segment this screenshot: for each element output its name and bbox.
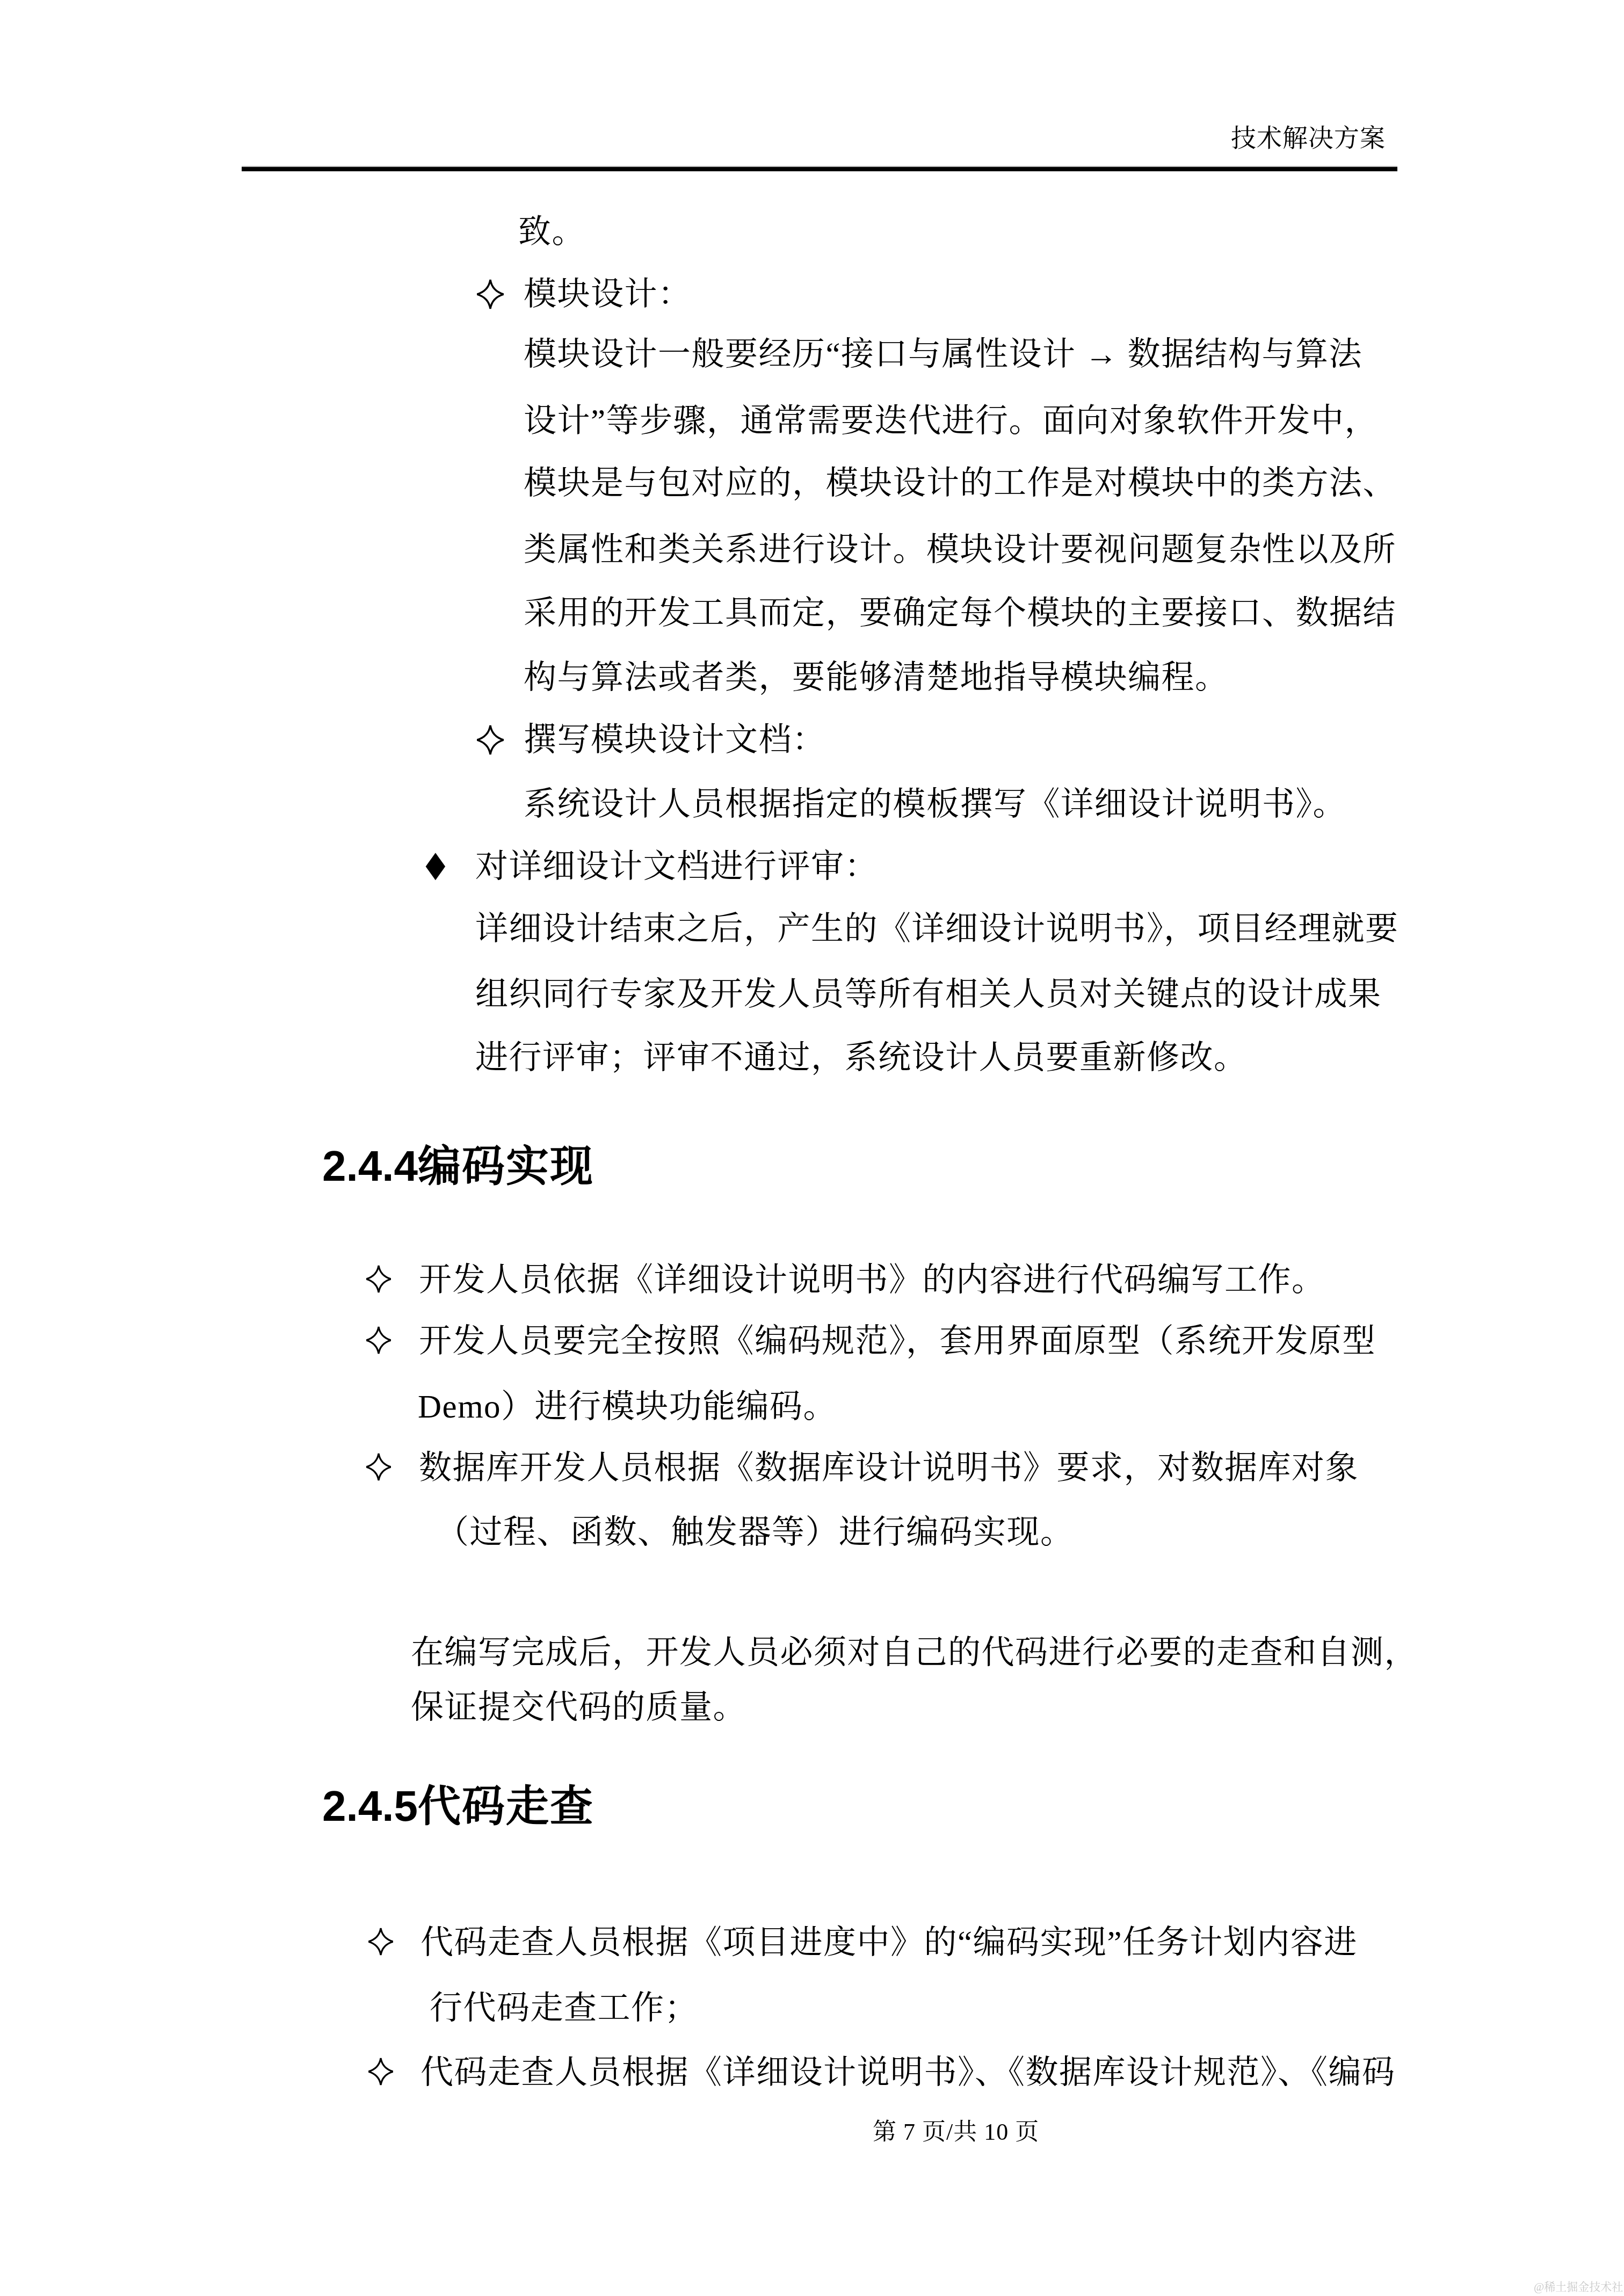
bullet-item-label: 数据库开发人员根据《数据库设计说明书》要求，对数据库对象 [419, 1450, 1359, 1487]
hollow-diamond-star-icon [368, 1928, 393, 1956]
section-number: 2.4.4 [322, 1142, 418, 1190]
paragraph-line: 详细设计结束之后，产生的《详细设计说明书》，项目经理就要 [475, 911, 1399, 948]
paragraph-line: 模块是与包对应的，模块设计的工作是对模块中的类方法、 [524, 465, 1396, 503]
paragraph-line: 组织同行专家及开发人员等所有相关人员对关键点的设计成果 [475, 976, 1382, 1014]
section-title: 编码实现 [418, 1143, 594, 1190]
watermark: @稀土掘金技术社区 [1534, 2278, 1624, 2294]
paragraph-line: （过程、函数、触发器等）进行编码实现。 [436, 1514, 1074, 1552]
paragraph-line: 模块设计一般要经历“接口与属性设计 → 数据结构与算法 [524, 336, 1362, 374]
bullet-item-label: 对详细设计文档进行评审： [475, 848, 878, 886]
hollow-diamond-star-icon [366, 1326, 391, 1354]
bullet-item-label: 模块设计： [524, 276, 692, 314]
hollow-diamond-star-icon [477, 725, 504, 755]
bullet-item-label: 代码走查人员根据《详细设计说明书》、《数据库设计规范》、《编码 [421, 2054, 1396, 2092]
header-rule [242, 166, 1397, 171]
section-title: 代码走查 [418, 1783, 594, 1830]
paragraph-line: 保证提交代码的质量。 [411, 1689, 746, 1727]
bullet-item-label: 撰写模块设计文档： [524, 722, 826, 759]
paragraph-line: 设计”等步骤，通常需要迭代进行。面向对象软件开发中， [524, 403, 1378, 440]
paragraph-line: 系统设计人员根据指定的模板撰写《详细设计说明书》。 [524, 786, 1346, 824]
section-number: 2.4.5 [322, 1782, 418, 1830]
section-heading-2-4-5: 2.4.5代码走查 [322, 1783, 594, 1830]
paragraph-line: 构与算法或者类，要能够清楚地指导模块编程。 [524, 659, 1229, 697]
bullet-item-label: 开发人员依据《详细设计说明书》的内容进行代码编写工作。 [419, 1262, 1325, 1299]
hollow-diamond-star-icon [366, 1453, 391, 1481]
paragraph-line: 在编写完成后，开发人员必须对自己的代码进行必要的走查和自测， [411, 1634, 1418, 1672]
section-heading-2-4-4: 2.4.4编码实现 [322, 1143, 594, 1190]
paragraph-line: 采用的开发工具而定，要确定每个模块的主要接口、数据结 [524, 595, 1396, 633]
page-number: 第 7 页/共 10 页 [873, 2112, 1039, 2147]
hollow-diamond-star-icon [477, 279, 504, 309]
hollow-diamond-star-icon [368, 2058, 393, 2086]
bullet-item-label: 代码走查人员根据《项目进度中》的“编码实现”任务计划内容进 [421, 1924, 1358, 1962]
filled-diamond-icon: ◆ [426, 846, 446, 882]
paragraph-line: 进行评审；评审不通过，系统设计人员要重新修改。 [475, 1040, 1248, 1077]
document-page: 技术解决方案 致。 模块设计： 模块设计一般要经历“接口与属性设计 → 数据结构… [0, 0, 1624, 2296]
paragraph-line: 致。 [518, 214, 585, 251]
paragraph-line: 类属性和类关系进行设计。模块设计要视问题复杂性以及所 [524, 532, 1396, 569]
paragraph-line: 行代码走查工作； [430, 1990, 698, 2028]
bullet-item-label: 开发人员要完全按照《编码规范》，套用界面原型（系统开发原型 [419, 1323, 1376, 1361]
header-title: 技术解决方案 [1231, 118, 1386, 154]
paragraph-line: Demo）进行模块功能编码。 [418, 1389, 837, 1426]
hollow-diamond-star-icon [366, 1265, 391, 1293]
